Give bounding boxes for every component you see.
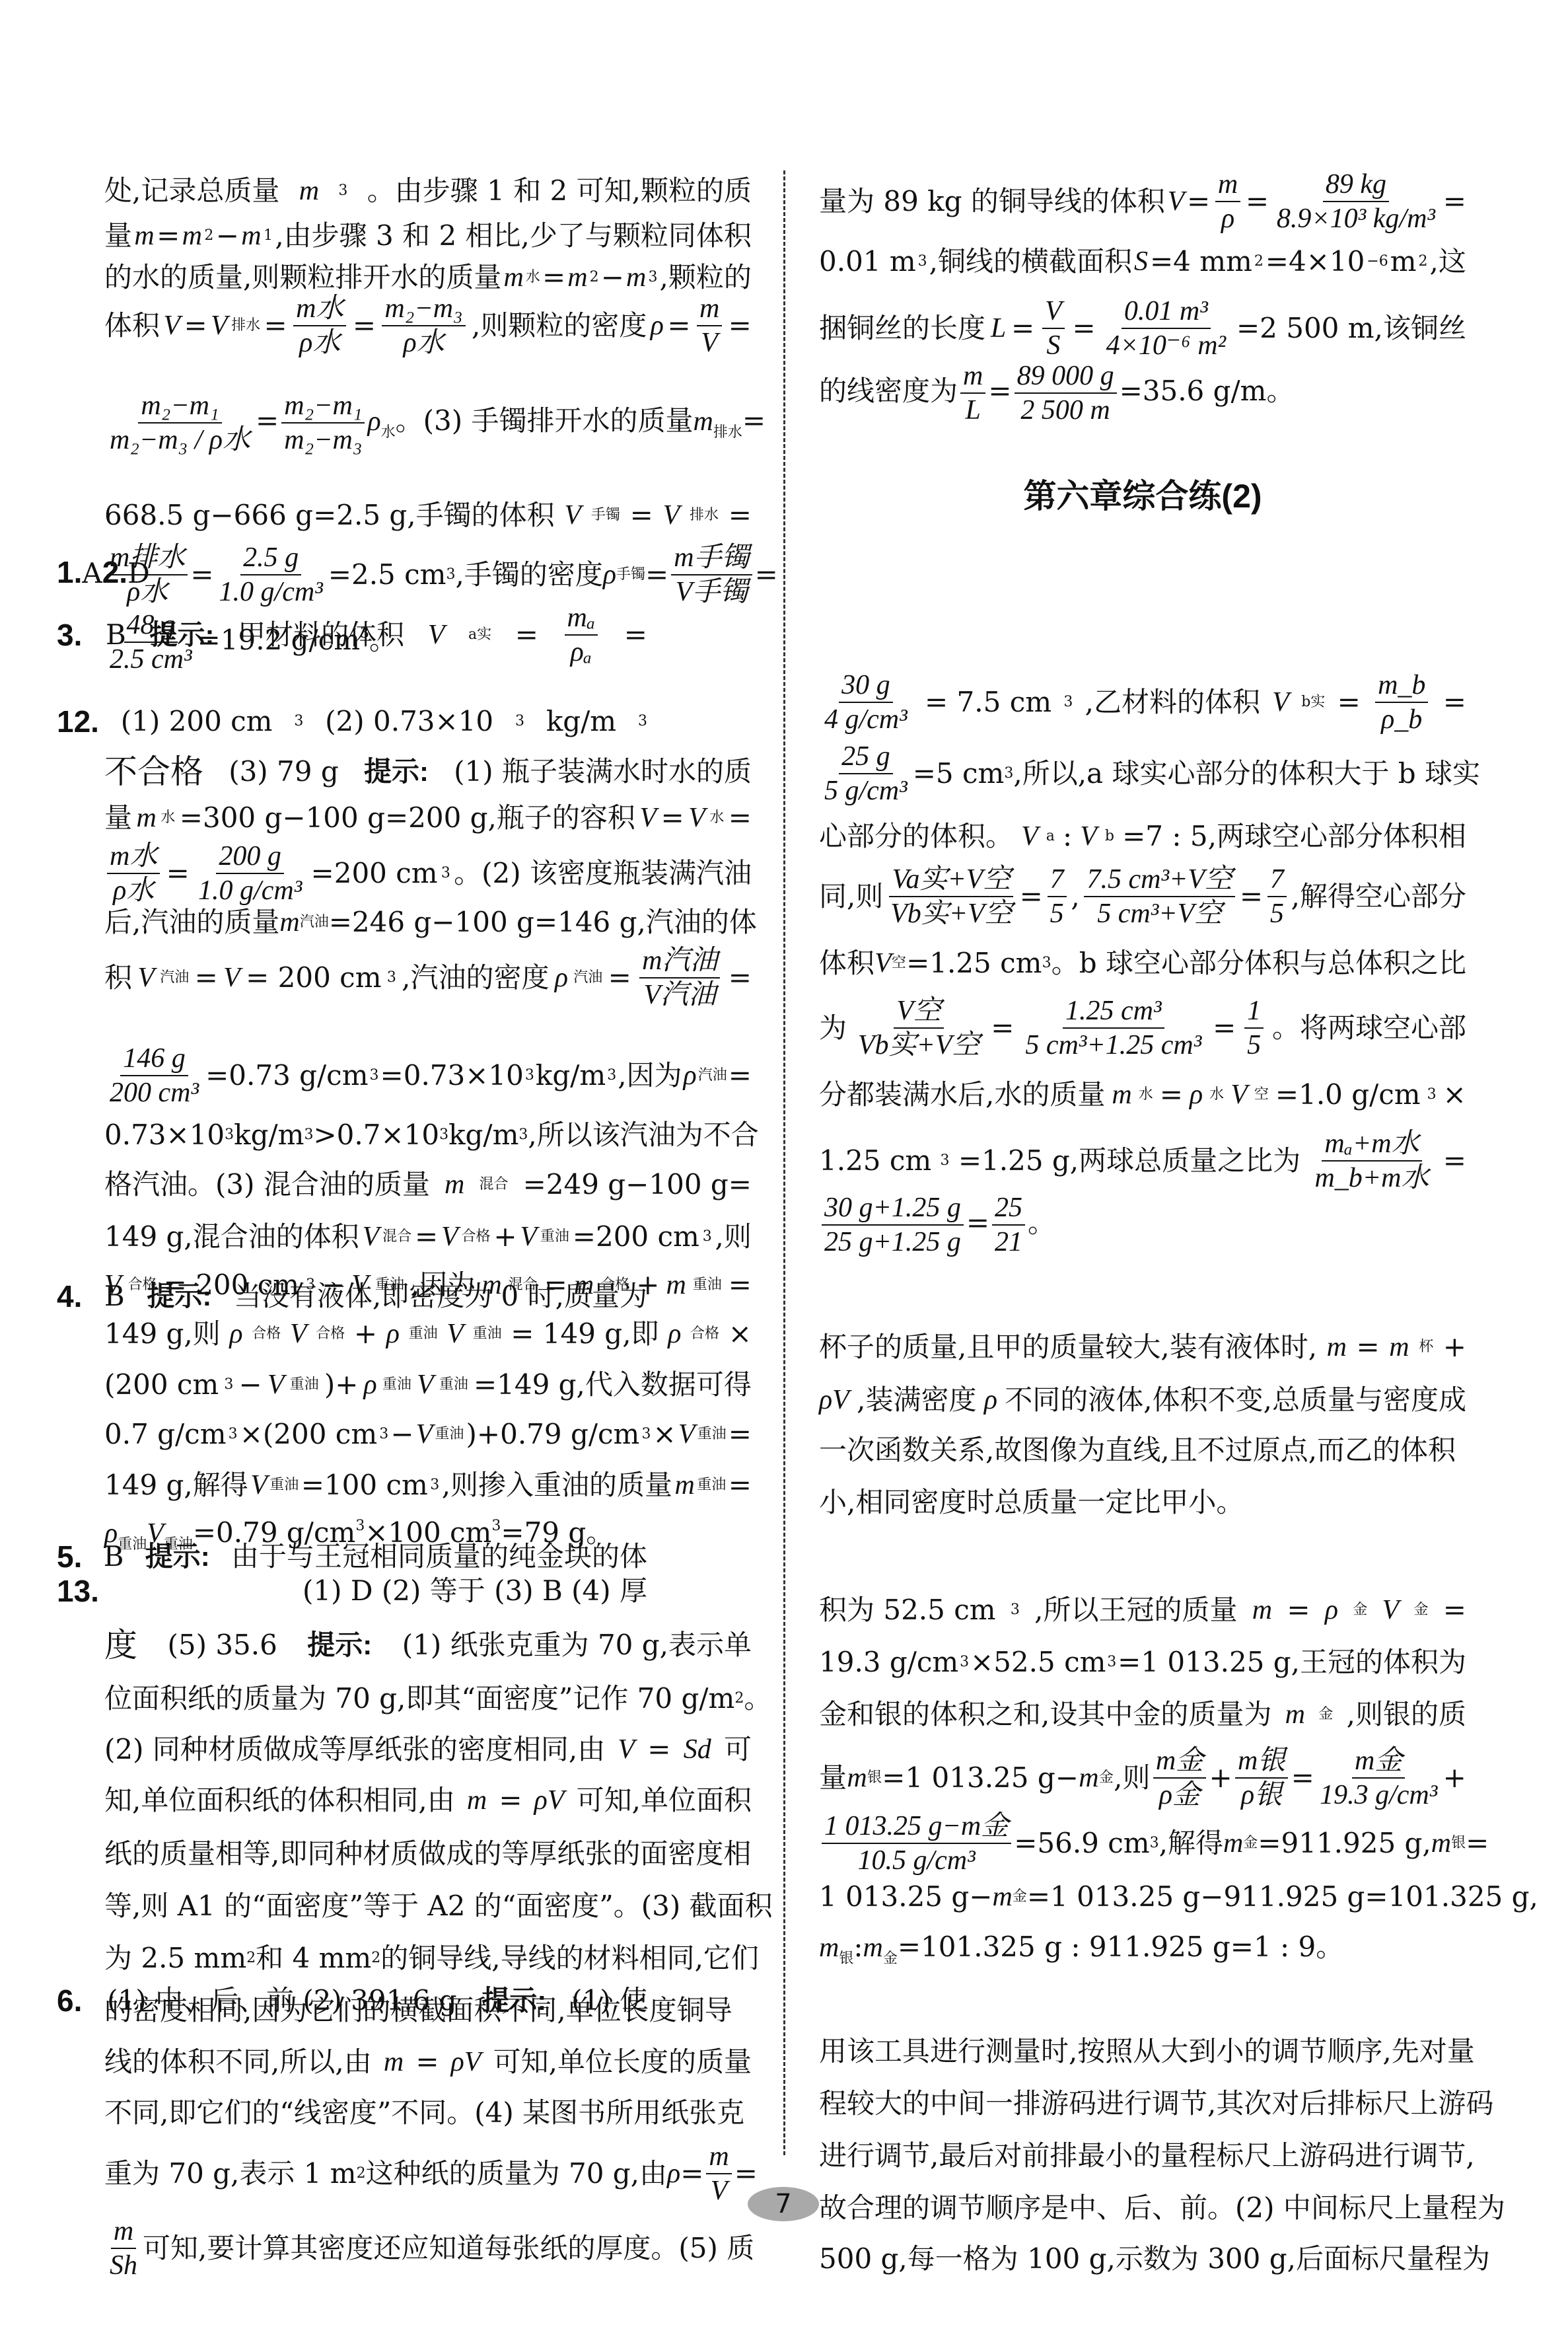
text-span: (1) 中、后、前 (2) 391.6 g (107, 1987, 457, 2014)
text-span: = (1466, 1829, 1489, 1857)
math-variable: V (223, 964, 240, 992)
superscript: 3 (941, 1154, 950, 1168)
denominator: 5 g/cm³ (822, 774, 910, 805)
text-span: = (1160, 1081, 1183, 1109)
text-span: 线的体积不同,所以,由 (104, 2048, 372, 2076)
line-content: 1 013.25 g−m金10.5 g/cm³=56.9 cm3,解得 m金=9… (819, 1812, 1466, 1874)
line-content: 1 013.25 g−m金=1 013.25 g−911.925 g=101.3… (819, 1883, 1466, 1911)
math-variable: m (992, 1883, 1012, 1911)
math-variable: V (416, 1421, 433, 1448)
math-variable: V (663, 501, 680, 529)
text-span: = (515, 621, 538, 649)
fraction: Va实+V空Vb实+V空 (888, 866, 1015, 928)
line-content: 1.25 cm3=1.25 g,两球总质量之比为 mₐ+m水m_b+m水 = (819, 1130, 1466, 1192)
text-span: =149 g,代入数据可得 (474, 1371, 752, 1399)
text-span: × (1443, 1081, 1466, 1109)
text-line: m银 : m金=101.325 g : 911.925 g=1 : 9。 (819, 1933, 1466, 1966)
subscript: b实 (1301, 695, 1325, 710)
text-span: =1 013.25 g,王冠的体积为 (1118, 1648, 1466, 1676)
text-line: 杯子的质量,且甲的质量较大,装有液体时,m=m杯+ (819, 1333, 1466, 1361)
text-span: = (1443, 188, 1466, 215)
text-span: 分都装满水后,水的质量 (819, 1081, 1105, 1109)
text-span: ,则 (715, 1223, 752, 1251)
question-number: 6. (57, 1985, 82, 2016)
text-span: = (667, 312, 690, 340)
text-line: 为V空Vb实+V空=1.25 cm³5 cm³+1.25 cm³=15。将两球空… (819, 997, 1466, 1059)
line-content: 量 m水=300 g−100 g=200 g,瓶子的容积 V=V水= (104, 804, 752, 832)
fraction: 75 (1267, 866, 1287, 928)
text-span: = (661, 804, 684, 832)
text-span: 这种纸的质量为 70 g,由 (366, 2160, 667, 2188)
superscript: 3 (607, 1068, 616, 1083)
text-span: : (1063, 823, 1072, 850)
text-span: = (166, 860, 190, 887)
text-line: 处,记录总质量 m3。由步骤 1 和 2 可知,颗粒的质 (104, 177, 752, 205)
text-span: =246 g−100 g=146 g,汽油的体 (329, 908, 757, 936)
math-variable: V (1168, 188, 1185, 215)
subscript: 重油 (439, 1378, 468, 1392)
math-variable: m (1389, 1333, 1409, 1361)
text-line: (200 cm3−V重油)+ρ重油V重油=149 g,代入数据可得 (104, 1371, 752, 1399)
line-content: 19.3 g/cm3×52.5 cm3=1 013.25 g,王冠的体积为 (819, 1648, 1466, 1676)
column-divider (783, 170, 785, 2155)
text-span: =1 013.25 g− (882, 1764, 1079, 1792)
text-span: = (729, 312, 752, 340)
text-span: ,颗粒的 (660, 264, 752, 291)
fraction: 89 000 g2 500 m (1015, 362, 1117, 424)
text-span: ,则 (1114, 1764, 1150, 1792)
subscript: 重油 (290, 1378, 319, 1392)
text-span: = (608, 964, 631, 992)
text-span: A (82, 560, 102, 587)
math-variable: ρ (386, 1320, 400, 1348)
text-span: 心部分的体积。 (819, 823, 1013, 850)
math-variable: ρ (364, 1371, 377, 1399)
line-content: 的线密度为mL=89 000 g2 500 m=35.6 g/m。 (819, 362, 1294, 424)
line-content: 故合理的调节顺序是中、后、前。(2) 中间标尺上量程为 (819, 2194, 1466, 2222)
text-span: = (729, 1471, 752, 1499)
denominator: Sh (107, 2249, 140, 2279)
text-line: 捆铜丝的长度 L=VS=0.01 m³4×10⁻⁶ m²=2 500 m,该铜丝 (819, 297, 1466, 359)
math-variable: m (136, 804, 156, 832)
question-number: 3. (57, 620, 82, 650)
subscript: 金 (1318, 1707, 1333, 1722)
subscript: 重油 (409, 1327, 438, 1341)
math-variable: V (441, 1223, 458, 1251)
subscript: 重油 (540, 1230, 569, 1244)
page-number: 7 (775, 2189, 791, 2219)
numerator: 1 013.25 g−m金 (822, 1812, 1011, 1844)
text-span: = (542, 264, 565, 291)
math-variable: V (363, 1223, 380, 1251)
text-span: 500 g,每一格为 100 g,示数为 300 g,后面标尺量程为 (819, 2245, 1490, 2273)
text-span: 捆铜丝的长度 (819, 314, 985, 342)
line-content: 量 m银=1 013.25 g− m金,则m金ρ金+m银ρ银=m金19.3 g/… (819, 1747, 1466, 1809)
text-span: 纸的质量相等,即同种材质做成的等厚纸张的面密度相 (104, 1840, 751, 1868)
text-span: =2 500 m,该铜丝 (1236, 314, 1466, 342)
text-line: 1 013.25 g−m金=1 013.25 g−911.925 g=101.3… (819, 1883, 1466, 1911)
subscript: 重油 (697, 1427, 727, 1442)
line-content: 0.73×103 kg/m3>0.7×103 kg/m3,所以该汽油为不合 (104, 1121, 752, 1149)
page-number-badge: 7 (748, 2187, 819, 2221)
text-span: 0.01 m (819, 248, 916, 276)
text-span: 可 (724, 1736, 752, 1763)
text-line: 后,汽油的质量 m汽油=246 g−100 g=146 g,汽油的体 (104, 908, 752, 936)
text-span: 体积 (104, 312, 160, 340)
math-variable: S (1134, 248, 1148, 276)
text-span: B (104, 1282, 125, 1310)
text-line: 149 g,则 ρ合格V合格 + ρ重油V重油 = 149 g,即 ρ合格 × (104, 1320, 752, 1348)
fraction: 25 g5 g/cm³ (822, 743, 910, 805)
denominator: Vb实+V空 (888, 897, 1015, 928)
text-span: = (353, 312, 376, 340)
math-variable: V (446, 1320, 464, 1348)
text-span: 处,记录总质量 (104, 177, 279, 205)
text-span: = (729, 804, 752, 832)
superscript: 3 (441, 866, 450, 881)
superscript: 3 (355, 1518, 365, 1534)
text-line: 用该工具进行测量时,按照从大到小的调节顺序,先对量 (819, 2038, 1466, 2065)
math-variable: V (564, 501, 581, 529)
denominator: V汽油 (641, 978, 719, 1009)
superscript: 2 (357, 2166, 366, 2181)
denominator: 25 g+1.25 g (822, 1226, 964, 1256)
numerator: Va实+V空 (889, 866, 1013, 897)
math-variable: m (694, 408, 713, 435)
superscript: 3 (379, 1427, 388, 1442)
text-span: =7 : 5,两球空心部分体积相 (1122, 823, 1466, 850)
superscript: 3 (304, 1128, 313, 1142)
text-span: = 149 g,即 (511, 1320, 659, 1348)
line-content: 处,记录总质量 m3。由步骤 1 和 2 可知,颗粒的质 (104, 177, 752, 205)
text-span: = 200 cm (246, 964, 381, 992)
text-line: 19.3 g/cm3×52.5 cm3=1 013.25 g,王冠的体积为 (819, 1648, 1466, 1676)
numerator: 7 (1267, 866, 1287, 897)
subscript: 排水 (713, 424, 742, 441)
text-span: B (104, 1543, 124, 1570)
text-span: =0.73 g/cm (205, 1062, 368, 1089)
text-span: =0.73×10 (380, 1062, 524, 1089)
denominator: 10.5 g/cm³ (855, 1844, 978, 1874)
math-variable: ρ (984, 1386, 997, 1414)
text-span: 后,汽油的质量 (104, 908, 279, 936)
question-number: 12. (57, 706, 99, 737)
line-content: 一次函数关系,故图像为直线,且不过原点,而乙的体积 (819, 1436, 1466, 1464)
subscript: 1 (264, 229, 273, 243)
superscript: 3 (515, 714, 524, 729)
denominator: ρ金 (1157, 1779, 1203, 1809)
numerator: m汽油 (639, 947, 720, 978)
text-span: =56.9 cm (1014, 1829, 1149, 1857)
text-line: 不同,即它们的“线密度”不同。(4) 某图书所用纸张克 (104, 2099, 752, 2127)
math-variable: ρ (651, 312, 664, 340)
text-line: 体积 V空=1.25 cm3。b 球空心部分体积与总体积之比 (819, 949, 1466, 977)
text-span: 。 (744, 1685, 771, 1713)
text-span: =101.325 g : 911.925 g=1 : 9。 (898, 1933, 1343, 1961)
denominator: 2 500 m (1018, 394, 1112, 424)
text-span: 668.5 g−666 g=2.5 g,手镯的体积 (104, 501, 555, 529)
superscript: 3 (1004, 766, 1013, 781)
math-variable: m (1079, 1764, 1098, 1792)
numerator: V空 (894, 997, 944, 1029)
text-span: >0.7×10 (313, 1121, 439, 1149)
text-span: kg/m (546, 708, 616, 735)
text-span: (200 cm (104, 1371, 219, 1399)
math-variable: V (267, 1371, 285, 1399)
text-span: 为 (819, 1014, 847, 1042)
line-content: 的水的质量,则颗粒排开水的质量m水=m2−m3,颗粒的 (104, 264, 752, 291)
superscript: 3 (224, 1378, 233, 1392)
hint-label: 提示: (149, 621, 214, 649)
text-line: 积为 52.5 cm3,所以王冠的质量 m = ρ金V金 = (819, 1596, 1466, 1624)
text-line: 一次函数关系,故图像为直线,且不过原点,而乙的体积 (819, 1436, 1466, 1464)
text-span: 不同,即它们的“线密度”不同。(4) 某图书所用纸张克 (104, 2099, 744, 2127)
math-variable: m (567, 264, 587, 291)
hint-label: 提示: (364, 758, 429, 786)
fraction: m₂−m₁m₂−m₃ / ρ水 (107, 392, 253, 454)
text-span: 杯子的质量,且甲的质量较大,装有液体时, (819, 1333, 1317, 1361)
subscript: 2 (590, 270, 599, 285)
subscript: 水 (1139, 1088, 1153, 1102)
text-line: mSh可知,要计算其密度还应知道每张纸的厚度。(5) 质 (104, 2217, 752, 2279)
math-variable: V (520, 1223, 537, 1251)
text-span: =4 mm (1150, 248, 1252, 276)
line-content: m水ρ水=200 g1.0 g/cm³=200 cm3。(2) 该密度瓶装满汽油 (104, 842, 752, 904)
fraction: m银ρ银 (1235, 1747, 1288, 1809)
text-span: 故合理的调节顺序是中、后、前。(2) 中间标尺上量程为 (819, 2194, 1505, 2222)
text-line: 1. A 2. D (0, 557, 647, 587)
fraction: mₐ+m水m_b+m水 (1312, 1130, 1431, 1192)
math-variable: m (1112, 1081, 1131, 1109)
line-content: 149 g,解得 V重油=100 cm3,则掺入重油的质量 m重油= (104, 1471, 752, 1499)
text-span: × (729, 1320, 752, 1348)
superscript: 3 (1107, 1655, 1116, 1670)
numerator: m₂−m₁ (138, 392, 221, 424)
fraction: mL (960, 362, 985, 424)
text-span: = (1443, 1596, 1466, 1624)
text-line: 知,单位面积纸的体积相同,由 m=ρV 可知,单位面积 (104, 1787, 752, 1814)
text-span: ,则掺入重油的质量 (442, 1471, 672, 1499)
text-span: =1 013.25 g−911.925 g=101.325 g, (1027, 1883, 1538, 1911)
text-line: 13. (1) D (2) 等于 (3) B (4) 厚 (0, 1576, 647, 1606)
text-line: 体积V=V排水=m水ρ水=m₂−m₃ρ水,则颗粒的密度ρ=mV= (104, 295, 752, 357)
text-span: ,则颗粒的密度 (472, 312, 647, 340)
fraction: mSh (107, 2217, 140, 2279)
subscript: 重油 (697, 1478, 726, 1493)
subscript: a实 (468, 628, 491, 642)
math-variable: m (299, 177, 319, 205)
superscript: 3 (518, 1128, 528, 1142)
text-span: = (1020, 883, 1043, 910)
text-span: m (1390, 248, 1417, 276)
superscript: 3 (1427, 1088, 1437, 1102)
denominator: m_b+m水 (1312, 1162, 1431, 1192)
text-span: 和 4 mm (256, 1944, 371, 1972)
subscript: 水 (381, 424, 396, 441)
text-span: 当没有液体,即密度为 0 时,质量为 (234, 1282, 647, 1310)
text-span: 。由步骤 1 和 2 可知,颗粒的质 (367, 177, 752, 205)
text-span: (2) 同种材质做成等厚纸张的密度相同,由 (104, 1736, 605, 1763)
text-span: )+ (324, 1371, 359, 1399)
math-variable: ρ (668, 1320, 681, 1348)
text-line: 12. (1) 200 cm3 (2) 0.73×103 kg/m3 (0, 706, 647, 737)
numerator: m (960, 362, 985, 394)
text-span: = (499, 1787, 522, 1814)
superscript: 2 (734, 1691, 744, 1706)
text-line: 1 013.25 g−m金10.5 g/cm³=56.9 cm3,解得 m金=9… (819, 1812, 1466, 1874)
line-content: 用该工具进行测量时,按照从大到小的调节顺序,先对量 (819, 2038, 1466, 2065)
superscript: 3 (918, 254, 927, 269)
line-content: 5. B 提示:由于与王冠相同质量的纯金块的体 (57, 1541, 647, 1572)
question-number: 1. (57, 557, 82, 587)
text-span: 。 (1028, 1209, 1055, 1237)
superscript: 3 (638, 714, 647, 729)
superscript: 3 (229, 1427, 238, 1442)
line-content: 杯子的质量,且甲的质量较大,装有液体时,m=m杯+ (819, 1333, 1466, 1361)
numerator: m₂−m₃ (382, 295, 465, 326)
text-span: 甲材料的体积 (238, 621, 404, 649)
answer-text: 度 (104, 1629, 137, 1662)
denominator: 5 (1267, 897, 1287, 928)
text-span: (2) 0.73×10 (325, 708, 493, 735)
math-variable: m (182, 222, 202, 250)
text-span: (5) 35.6 (167, 1631, 277, 1659)
line-content: 程较大的中间一排游码进行调节,其次对后排标尺上游码 (819, 2090, 1466, 2118)
line-content: 4. B 提示:当没有液体,即密度为 0 时,质量为 (57, 1281, 647, 1311)
math-variable: V (874, 949, 892, 977)
denominator: 5 cm³+1.25 cm³ (1022, 1029, 1204, 1059)
line-content: 3. B 提示:甲材料的体积 Va实 = mₐρₐ = (57, 604, 647, 666)
numerator: mₐ+m水 (1322, 1130, 1421, 1162)
line-content: 小,相同密度时总质量一定比甲小。 (819, 1489, 1244, 1516)
denominator: ρ银 (1238, 1779, 1285, 1809)
question-number: 5. (57, 1541, 82, 1572)
subscript: 金 (1099, 1771, 1114, 1785)
subscript: 混合 (382, 1230, 411, 1244)
text-line: 线的体积不同,所以,由 m=ρV 可知,单位长度的质量 (104, 2048, 752, 2076)
fraction: m水ρ水 (293, 295, 346, 357)
text-span: + (1443, 1764, 1466, 1792)
subscript: 合格 (316, 1327, 345, 1341)
text-line: 的线密度为mL=89 000 g2 500 m=35.6 g/m。 (819, 362, 1466, 424)
text-span: − (601, 264, 624, 291)
question-number: 4. (57, 1281, 82, 1311)
denominator: L (963, 394, 983, 424)
superscript: 3 (1011, 1603, 1020, 1617)
subscript: 重油 (473, 1327, 502, 1341)
superscript: −6 (1367, 254, 1388, 269)
subscript: 3 (648, 270, 657, 285)
numerator: 146 g (120, 1045, 188, 1076)
denominator: 200 cm³ (107, 1076, 201, 1107)
text-span: = 7.5 cm (925, 688, 1051, 716)
text-line: 5. B 提示:由于与王冠相同质量的纯金块的体 (0, 1541, 647, 1572)
numerator: 25 g (839, 743, 893, 774)
text-span: 可知,单位面积 (577, 1787, 752, 1814)
hint-label: 提示: (145, 1543, 210, 1570)
line-content: m银 : m金=101.325 g : 911.925 g=1 : 9。 (819, 1933, 1343, 1966)
subscript: 杯 (1419, 1340, 1433, 1354)
text-span: = (624, 621, 647, 649)
fraction: 1.25 cm³5 cm³+1.25 cm³ (1022, 997, 1204, 1059)
text-span: = (1291, 1764, 1314, 1792)
numerator: m₂−m₁ (281, 392, 365, 424)
numerator: mₐ (565, 604, 598, 636)
subscript: 重油 (269, 1478, 299, 1493)
line-content: 30 g+1.25 g25 g+1.25 g=2521。 (819, 1194, 1055, 1256)
numerator: m金 (1352, 1747, 1405, 1779)
math-variable: m (847, 1764, 867, 1792)
line-content: 捆铜丝的长度 L=VS=0.01 m³4×10⁻⁶ m²=2 500 m,该铜丝 (819, 297, 1466, 359)
text-span: = (729, 964, 752, 992)
line-content: 149 g,则 ρ合格V合格 + ρ重油V重油 = 149 g,即 ρ合格 × (104, 1320, 752, 1348)
text-span: ,由步骤 3 和 2 相比,少了与颗粒同体积 (275, 222, 752, 250)
math-variable: m (241, 222, 261, 250)
denominator: ρ (1219, 202, 1237, 233)
line-content: 分都装满水后,水的质量 m水=ρ水V空=1.0 g/cm3 × (819, 1081, 1466, 1109)
denominator: 5 cm³+V空 (1094, 897, 1225, 928)
text-span: ,装满密度 (857, 1386, 976, 1414)
text-span: 小,相同密度时总质量一定比甲小。 (819, 1489, 1244, 1516)
text-line: 0.7 g/cm3×(200 cm3−V重油)+0.79 g/cm3×V重油= (104, 1421, 752, 1448)
math-variable: V (1021, 823, 1038, 850)
math-variable: V (1080, 823, 1097, 850)
text-span: − (239, 1371, 262, 1399)
line-content: 1. A 2. D (57, 557, 150, 587)
math-variable: m (863, 1934, 883, 1962)
text-span: = (1443, 1147, 1466, 1175)
text-span: ,乙材料的体积 (1085, 688, 1260, 716)
text-span: 由于与王冠相同质量的纯金块的体 (231, 1543, 647, 1570)
superscript: 2 (246, 1951, 256, 1966)
hint-label: 提示: (481, 1987, 546, 2014)
text-span: ×(200 cm (240, 1421, 377, 1448)
question-number: 13. (57, 1576, 99, 1606)
math-variable: ρ (229, 1320, 242, 1348)
text-span: = (1443, 688, 1466, 716)
text-span: =911.925 g, (1258, 1829, 1431, 1857)
text-span: = (1246, 188, 1269, 215)
answer-key-page: 处,记录总质量 m3。由步骤 1 和 2 可知,颗粒的质量m=m2−m1,由步骤… (0, 0, 1568, 2325)
line-content: 位面积纸的质量为 70 g,即其“面密度”记作 70 g/m2。 (104, 1685, 752, 1713)
math-variable: V (250, 1471, 267, 1499)
line-content: m₂−m₁m₂−m₃ / ρ水=m₂−m₁m₂−m₃ρ水。(3) 手镯排开水的质… (104, 392, 766, 454)
text-line: 149 g,混合油的体积 V混合=V合格+V重油=200 cm3,则 (104, 1223, 752, 1251)
denominator: S (1044, 329, 1063, 359)
text-line: (2) 同种材质做成等厚纸张的密度相同,由 V=Sd 可 (104, 1736, 752, 1763)
subscript: 金 (1243, 1836, 1258, 1851)
text-line: 分都装满水后,水的质量 m水=ρ水V空=1.0 g/cm3 × (819, 1081, 1466, 1109)
math-variable: V (678, 1421, 695, 1448)
fraction: m₂−m₃ρ水 (382, 295, 465, 357)
line-content: 不合格 (3) 79 g 提示:(1) 瓶子装满水时水的质 (104, 755, 752, 788)
text-span: = (729, 1062, 752, 1089)
denominator: V手镯 (673, 575, 751, 606)
math-variable: m (503, 264, 523, 291)
line-content: 25 g5 g/cm³=5 cm3,所以,a 球实心部分的体积大于 b 球实 (819, 743, 1466, 805)
text-span: + (1209, 1764, 1232, 1792)
text-line: 6. (1) 中、后、前 (2) 391.6 g 提示:(1) 使 (0, 1985, 647, 2016)
denominator: 1.0 g/cm³ (196, 874, 304, 904)
text-line: 度 (5) 35.6 提示:(1) 纸张克重为 70 g,表示单 (104, 1629, 752, 1662)
denominator: V (708, 2174, 731, 2205)
fraction: m汽油V汽油 (639, 947, 720, 1009)
line-content: 0.7 g/cm3×(200 cm3−V重油)+0.79 g/cm3×V重油= (104, 1421, 752, 1448)
math-variable: Sd (684, 1736, 711, 1763)
fraction: 15 (1244, 997, 1264, 1059)
superscript: 3 (641, 1427, 651, 1442)
subscript: 2 (204, 229, 213, 243)
